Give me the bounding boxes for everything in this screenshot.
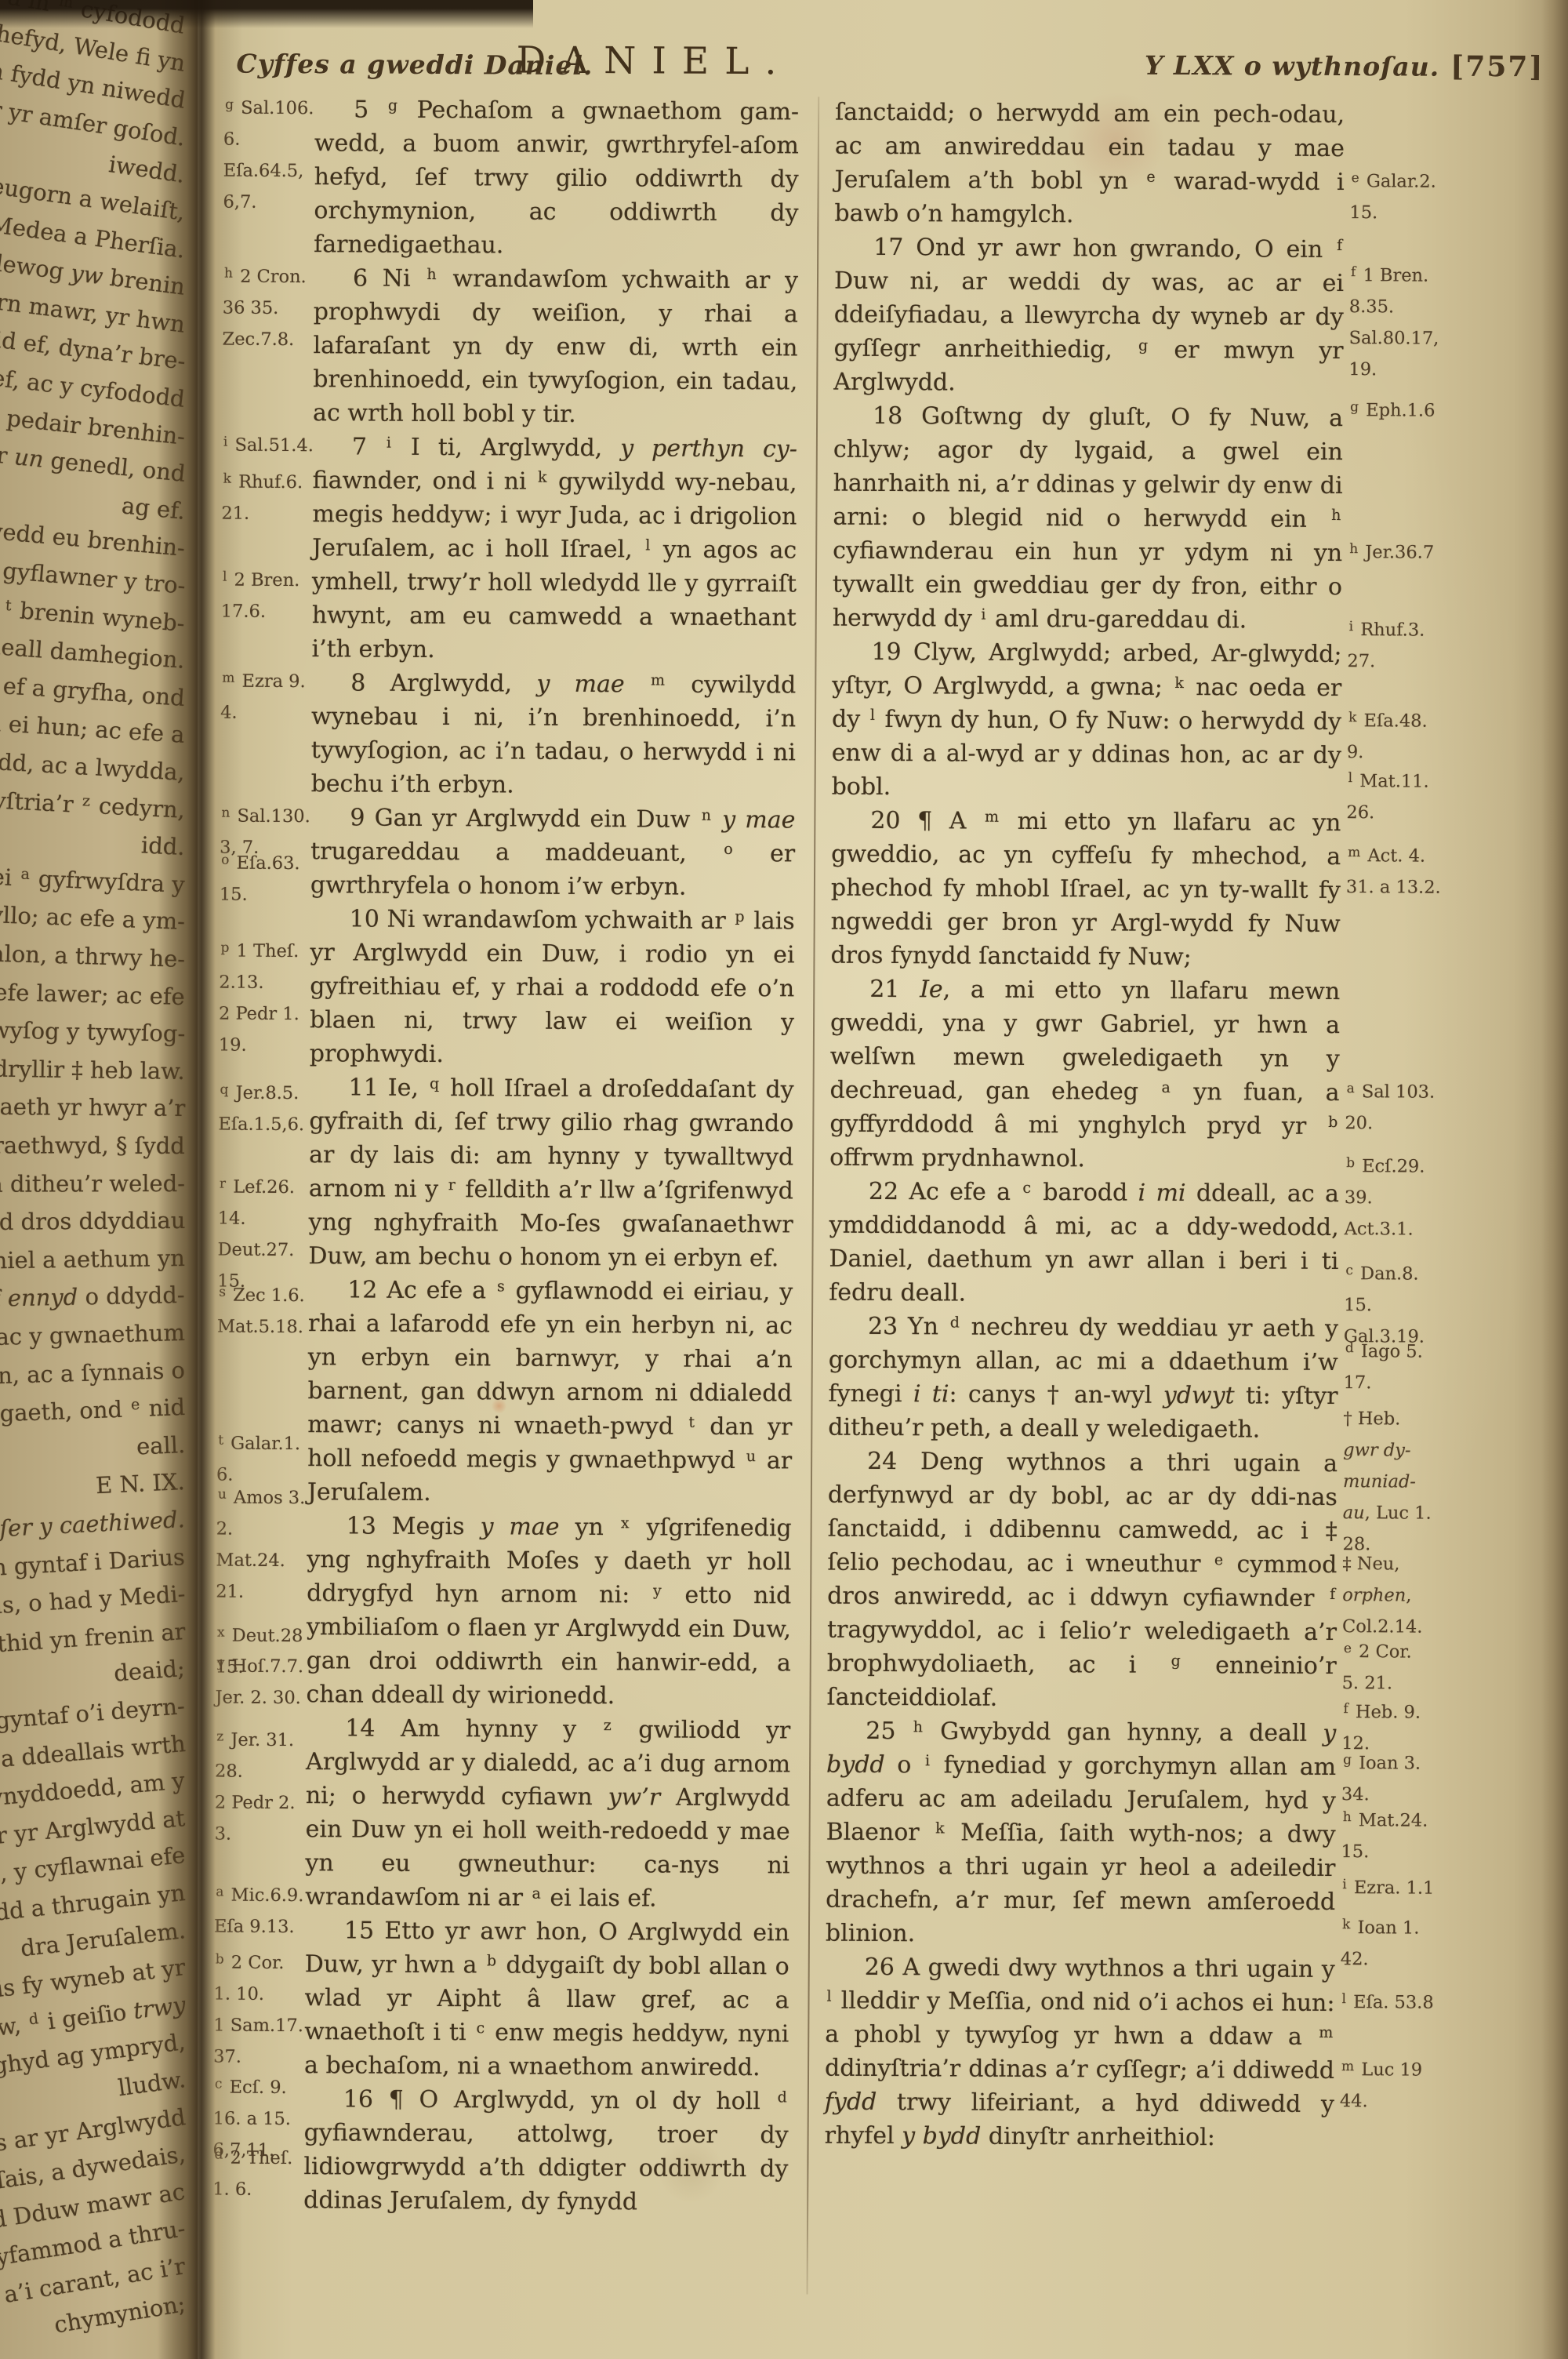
spine-text-fragment: aſferus, o had y Medi- bbox=[0, 1580, 186, 1623]
margin-note: h Mat.24.15. bbox=[1341, 1805, 1533, 1868]
verse-paragraph: 9 Gan yr Arglwydd ein Duw n y mae trugar… bbox=[218, 801, 796, 905]
bible-page: Cyffes a gweddi Daniel. DANIEL. Y LXX o … bbox=[198, 0, 1568, 2359]
margin-note: z Jer. 31.28.2 Pedr 2.3. bbox=[215, 1725, 408, 1851]
left-column: 5 g Pechaſom a gwnaethom gam-wedd, a buo… bbox=[211, 93, 799, 2220]
verse-paragraph: 12 Ac efe a s gyflawnodd ei eiriau, y rh… bbox=[215, 1273, 793, 1512]
spine-text-fragment: wydd dros ddyddiau bbox=[0, 1207, 185, 1235]
spine-text-fragment: idd. bbox=[141, 831, 186, 860]
margin-note: ‡ Neu,orphen,Col.2.14. bbox=[1342, 1548, 1535, 1643]
spine-text-fragment: y ei a gyfrwyſdra y bbox=[0, 863, 186, 898]
spine-text-fragment: Tywyſog y tywyſog- bbox=[0, 1016, 185, 1047]
margin-note: g Ioan 3.34. bbox=[1341, 1747, 1534, 1811]
book-title: DANIEL. bbox=[203, 37, 1105, 85]
spine-text-fragment: deaid; bbox=[113, 1655, 186, 1687]
verse-paragraph: 25 h Gwybydd gan hynny, a deall y bydd o… bbox=[826, 1714, 1537, 1954]
spine-text-fragment: E N. IX. bbox=[96, 1468, 186, 1499]
verse-paragraph: 26 A gwedi dwy wythnos a thri ugain y l … bbox=[825, 1950, 1536, 2157]
verse-paragraph: 5 g Pechaſom a gwnaethom gam-wedd, a buo… bbox=[221, 93, 799, 264]
book-photo: , ac a’m m cyfododddd hefyd, Wele fi ynh… bbox=[0, 0, 1568, 2359]
verse-paragraph: 7 i I ti, Arglwydd, y perthyn cy-fiawnde… bbox=[219, 430, 797, 669]
verse-text: 19 Clyw, Arglwydd; arbed, Ar-glwydd; yſt… bbox=[832, 635, 1342, 806]
spine-text-fragment: lludw. bbox=[116, 2066, 187, 2101]
spine-text-fragment: eall. bbox=[136, 1431, 186, 1460]
spine-text-fragment: rth ef a gryfha, ond bbox=[0, 670, 186, 711]
verse-paragraph: 24 Deng wythnos a thri ugain a derfynwyd… bbox=[826, 1445, 1538, 1718]
margin-note: f 1 Bren.8.35.Sal.80.17,19. bbox=[1348, 260, 1541, 386]
spine-text-fragment: iwedd. bbox=[107, 151, 187, 188]
page-number: [757] bbox=[1450, 50, 1544, 84]
spine-text-fragment: ied amſer y caethiwed. bbox=[0, 1506, 186, 1546]
verse-text: 17 Ond yr awr hon gwrando, O ein f Duw n… bbox=[833, 231, 1344, 402]
verse-text: 7 i I ti, Arglwydd, y perthyn cy-fiawnde… bbox=[311, 430, 797, 668]
margin-note: i Sal.51.4. bbox=[222, 430, 414, 462]
margin-note: h Jer.36.7 bbox=[1348, 536, 1540, 569]
spine-text-fragment: ddinyſtria’r z cedyrn, bbox=[0, 784, 186, 823]
margin-note: a Sal 103.20. bbox=[1345, 1076, 1537, 1140]
verse-text: 21 Ie, a mi etto yn llafaru mewn gweddi,… bbox=[829, 972, 1340, 1177]
verse-text: ſanctaidd; o herwydd am ein pech-odau, a… bbox=[834, 96, 1345, 233]
spine-text-fragment: eledigaeth, ond e nid bbox=[0, 1394, 186, 1429]
verse-paragraph: 11 Ie, q holl Iſrael a droſeddaſant dy g… bbox=[216, 1070, 793, 1276]
verse-paragraph: 8 Arglwydd, y mae m cywilydd wynebau i n… bbox=[219, 666, 797, 804]
margin-note: k Rhuf.6.21. bbox=[221, 467, 413, 530]
spine-text-fragment: ddryllir ‡ heb law. bbox=[0, 1055, 185, 1085]
spine-text-fragment: dwyllo; ac efe a ym- bbox=[0, 900, 186, 935]
margin-note: m Ezra 9.4. bbox=[220, 666, 412, 729]
spine-text-fragment: ag ef. bbox=[121, 492, 187, 525]
spine-text-fragment: ſelia ditheu’r weled- bbox=[0, 1170, 185, 1198]
column-divider bbox=[807, 97, 820, 2295]
verse-paragraph: 10 Ni wrandawſom ychwaith ar p lais yr A… bbox=[217, 902, 795, 1074]
margin-note: d 2 Theſ.1. 6. bbox=[212, 2143, 405, 2206]
spine-text-fragment: u deall damhegion. bbox=[0, 631, 186, 674]
margin-note: e 2 Cor.5. 21. bbox=[1342, 1636, 1534, 1699]
spine-text-fragment: rhyfedd, ac a lwydda, bbox=[0, 745, 186, 786]
running-head-right-group: Y LXX o wythnoſau.[757] bbox=[1145, 49, 1544, 84]
spine-text-fragment: dais, ac y gwnaethum bbox=[0, 1319, 185, 1352]
spine-text-fragment: pan gyflawner y tro- bbox=[0, 553, 186, 599]
verse-text: 22 Ac efe a c barodd i mi ddeall, ac a y… bbox=[829, 1175, 1339, 1312]
verse-paragraph: 22 Ac efe a c barodd i mi ddeall, ac a y… bbox=[829, 1175, 1540, 1314]
margin-note: b 2 Cor.1. 10.1 Sam.17.37. bbox=[213, 1947, 406, 2074]
verse-paragraph: 18 Goſtwng dy gluſt, O fy Nuw, a chlyw; … bbox=[833, 399, 1544, 639]
text-block: 5 g Pechaſom a gwnaethom gam-wedd, a buo… bbox=[222, 93, 1545, 100]
spine-text-fragment: ddyn gyntaf i Darius bbox=[0, 1543, 186, 1583]
spine-text-fragment: ei galon, a thrwy he- bbox=[0, 939, 186, 972]
margin-note: s Zec 1.6.Mat.5.18. bbox=[217, 1279, 409, 1343]
margin-note: e Galar.2.15. bbox=[1349, 165, 1541, 229]
verse-text: 23 Yn d nechreu dy weddiau yr aeth y gor… bbox=[828, 1310, 1338, 1447]
spine-text-fragment: wnaethid yn frenin ar bbox=[0, 1618, 186, 1662]
verse-paragraph: 15 Etto yr awr hon, O Arglwydd ein Duw, … bbox=[212, 1914, 789, 2085]
spine-text-fragment: edigaeth yr hwyr a’r bbox=[0, 1093, 185, 1121]
margin-note: g Sal.106.6.Eſa.64.5,6,7. bbox=[223, 93, 416, 219]
margin-note: i Ezra. 1.1 bbox=[1341, 1872, 1533, 1904]
verse-text: 24 Deng wythnos a thri ugain a derfynwyd… bbox=[826, 1445, 1338, 1717]
margin-note: l 2 Bren.17.6. bbox=[221, 565, 413, 628]
margin-note: m Act. 4.31. a 13.2. bbox=[1346, 840, 1538, 903]
spine-text-fragment: erth ei hun; ac efe a bbox=[0, 707, 186, 748]
spine-text-fragment: Daniel a aethum yn bbox=[0, 1245, 185, 1274]
running-head-right: Y LXX o wythnoſau. bbox=[1145, 50, 1440, 82]
verse-paragraph: 23 Yn d nechreu dy weddiau yr aeth y gor… bbox=[828, 1310, 1539, 1448]
previous-page-edge: , ac a’m m cyfododddd hefyd, Wele fi ynh… bbox=[0, 0, 202, 2359]
spine-text-fragment: fyd t brenin wyneb- bbox=[0, 592, 186, 636]
verse-text: 18 Goſtwng dy gluſt, O fy Nuw, a chlyw; … bbox=[833, 399, 1344, 638]
verse-paragraph: 6 Ni h wrandawſom ychwaith ar y prophwyd… bbox=[220, 261, 798, 433]
verse-text: 25 h Gwybydd gan hynny, a deall y bydd o… bbox=[826, 1714, 1337, 1953]
verse-paragraph: 20 ¶ A m mi etto yn llafaru ac yn gweddi… bbox=[830, 804, 1541, 976]
right-column: ſanctaidd; o herwydd am ein pech-odau, a… bbox=[825, 96, 1546, 2157]
margin-note: q Jer.8.5.Eſa.1.5,6. bbox=[218, 1077, 410, 1140]
verse-paragraph: 13 Megis y mae yn x yſgrifenedig yng ngh… bbox=[213, 1509, 791, 1714]
verse-paragraph: 21 Ie, a mi etto yn llafaru mewn gweddi,… bbox=[829, 972, 1541, 1179]
spine-text-fragment: a draethwyd, § ſydd bbox=[0, 1132, 185, 1159]
verse-paragraph: 17 Ond yr awr hon gwrando, O ein f Duw n… bbox=[833, 231, 1544, 403]
verse-paragraph: ſanctaidd; o herwydd am ein pech-odau, a… bbox=[834, 96, 1545, 234]
verse-paragraph: 19 Clyw, Arglwydd; arbed, Ar-glwydd; yſt… bbox=[832, 635, 1543, 808]
margin-note: p 1 Theſ.2.13.2 Pedr 1.19. bbox=[219, 936, 412, 1062]
verse-paragraph: 16 ¶ O Arglwydd, yn ol dy holl d gyfiawn… bbox=[211, 2082, 789, 2220]
verse-text: 26 A gwedi dwy wythnos a thri ugain y l … bbox=[825, 1950, 1335, 2155]
margin-note: d Iago 5.17. bbox=[1344, 1336, 1536, 1399]
spine-text-fragment: dra Jeruſalem. bbox=[19, 1917, 187, 1961]
spine-text-fragment: tria efe lawer; ac efe bbox=[0, 978, 185, 1010]
margin-note: k Eſa.48.9. bbox=[1347, 705, 1539, 769]
verse-paragraph: 14 Am hynny y z gwiliodd yr Arglwydd ar … bbox=[212, 1711, 790, 1917]
margin-note: h 2 Cron.36 35.Zec.7.8. bbox=[222, 261, 415, 356]
margin-note: l Eſa. 53.8 bbox=[1340, 1986, 1532, 2019]
page-content: Cyffes a gweddi Daniel. DANIEL. Y LXX o … bbox=[191, 0, 1568, 2359]
spine-text-fragment: m glaf ennyd o ddydd- bbox=[0, 1281, 185, 1313]
margin-note: y Hoſ.7.7.Jer. 2. 30. bbox=[215, 1650, 407, 1714]
verse-text: 20 ¶ A m mi etto yn llafaru ac yn gweddi… bbox=[830, 804, 1341, 975]
margin-note: m Luc 1944. bbox=[1340, 2054, 1532, 2117]
spine-text-fragment: renin, ac a ſynnais o bbox=[0, 1357, 186, 1390]
